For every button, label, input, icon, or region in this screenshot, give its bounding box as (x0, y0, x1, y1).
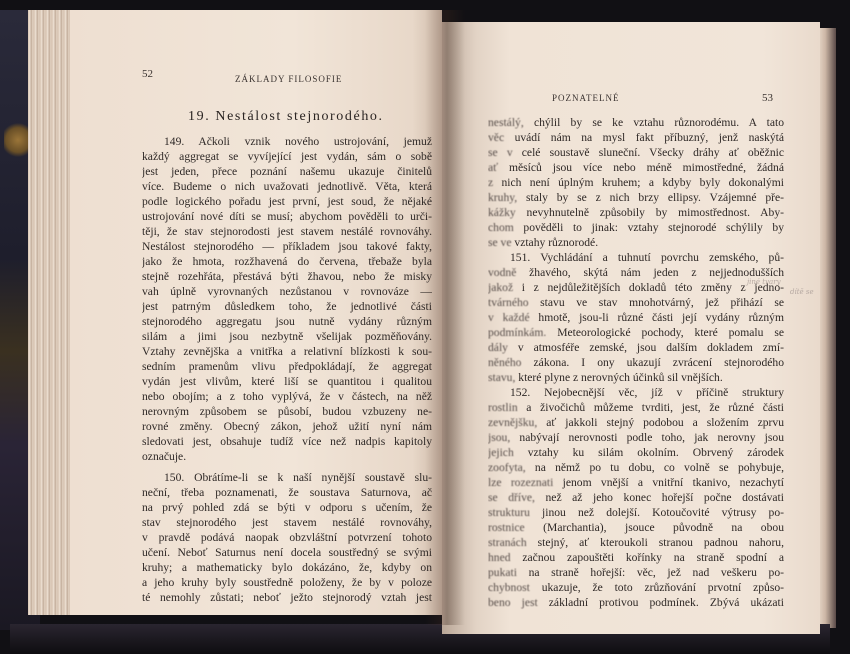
text-line: se dříve, než až jeho konec hořejší počn… (488, 490, 784, 505)
line-text: zákona. I ony ukazují zvrácení stejnorod… (521, 356, 784, 369)
text-line: z nich není úplným kruhem; a kdyby byly … (488, 175, 784, 190)
gutter-blurred-text: nestálý, (488, 116, 524, 129)
line-text: vztahy různorodé. (512, 236, 599, 249)
gutter-blurred-text: se ve (488, 236, 512, 249)
text-line: chybnost ukazuje, že toto zrůzňování prv… (488, 580, 784, 595)
text-line: stranách stejný, ať kteroukoli stranou p… (488, 535, 784, 550)
gutter-blurred-text: ať (488, 161, 498, 174)
gutter-blurred-text: zevnějšku, (488, 416, 537, 429)
text-line: vodně žhavého, skýtá nám jeden z nejjedn… (488, 265, 784, 280)
gutter-blurred-text: rostnice (488, 521, 525, 534)
text-line: kážky nevyhnutelně způsobily by mimostře… (488, 205, 784, 220)
running-head-right: POZNATELNÉ (552, 93, 620, 103)
text-line: 152. Nejobecnější věc, jíž v příčině str… (488, 385, 784, 400)
text-line: 150. Obrátíme-li se k naší nynější soust… (142, 470, 432, 485)
text-line: ustrojování nové díti se musí; abychom p… (142, 209, 432, 224)
line-text: ukazuje, že toto zrůzňování prvotní způs… (530, 581, 784, 594)
text-line: na prvý pohled zdá se býti v odporu s uč… (142, 500, 432, 515)
line-text: než až jeho konec hořejší počne dostávat… (535, 491, 784, 504)
line-text: ať jakkoli stejný podobou a složením zpr… (537, 416, 784, 429)
page-number-left: 52 (142, 68, 153, 80)
text-line: jsou, nabývají nerovnosti podle toho, ja… (488, 430, 784, 445)
text-line: ať měsíců jsou více nebo méně mimostředn… (488, 160, 784, 175)
gutter-blurred-text: strukturu (488, 506, 530, 519)
running-head-left: ZÁKLADY FILOSOFIE (235, 74, 342, 84)
text-line: rostnice (Marchantia), jsouce původně na… (488, 520, 784, 535)
line-text: nabývají nerovnosti podle toho, jak nero… (510, 431, 784, 444)
text-line: vah úplně vyrovnaných nezůstanou v rovno… (142, 284, 432, 299)
gutter-blurred-text: dály (488, 341, 508, 354)
gutter-blurred-text: chom (488, 221, 514, 234)
line-text: začnou zapouštěti kořínky na straně spod… (511, 551, 784, 564)
text-line: něného zákona. I ony ukazují zvrácení st… (488, 355, 784, 370)
section-title: 19. Nestálost stejnorodého. (188, 109, 384, 125)
gutter-blurred-text: v každé (488, 311, 530, 324)
gutter-blurred-text: stavu, (488, 371, 515, 384)
line-text: celé soustavě sluneční. Všecky dráhy ať … (513, 146, 784, 159)
line-text: vztahy ku silám okolním. Obrvený zárodek (514, 446, 784, 459)
page-edges-left (28, 10, 71, 615)
text-line: zoofyta, na němž po tu dobu, co volně se… (488, 460, 784, 475)
text-line: stavu, které plyne z nerovných účinků si… (488, 370, 784, 385)
line-text: 151. Vychládání a tuhnutí povrchu zemské… (510, 251, 784, 264)
gutter-blurred-text: jejich (488, 446, 514, 459)
gutter-blurred-text: beno jest (488, 596, 538, 609)
text-line: zevnějšku, ať jakkoli stejný podobou a s… (488, 415, 784, 430)
line-text: (Marchantia), jsouce původně na obou (525, 521, 784, 534)
text-line: rostlin a živočichů můžeme tvrditi, jest… (488, 400, 784, 415)
line-text: v atmosféře zemské, jsou dalším dokladem… (508, 341, 784, 354)
text-line: beno jest základní protivou podmínek. Zb… (488, 595, 784, 610)
line-text: 152. Nejobecnější věc, jíž v příčině str… (510, 386, 784, 399)
line-text: hmotě, jsou-li různé části její vydány r… (530, 311, 784, 324)
line-text: základní protivou podmínek. Zbývá ukázat… (538, 596, 784, 609)
gutter-blurred-text: tvárného (488, 296, 529, 309)
line-text: i z nejdůležitějších dokladů této změny … (513, 281, 784, 294)
text-line: sledovati jest, obsahuje tudíž více než … (142, 434, 432, 449)
gutter-blurred-text: vodně (488, 266, 516, 279)
book-gutter (425, 10, 465, 625)
text-line: v každé hmotě, jsou-li různé části její … (488, 310, 784, 325)
gutter-blurred-text: se v (488, 146, 513, 159)
line-text: pověděli to jinak: vztahy stejnorodé sch… (514, 221, 784, 234)
text-line: tvárného stavu ve stav mnohotvárný, jež … (488, 295, 784, 310)
line-text: na straně hořejší: věc, jež nad veškeru … (517, 566, 784, 579)
text-line: podle logického pořadu jest první, jest … (142, 194, 432, 209)
line-text: nevyhnutelně způsobily by mimostřednost.… (516, 206, 784, 219)
text-line: dály v atmosféře zemské, jsou dalším dok… (488, 340, 784, 355)
text-line: neční, třeba poznamenati, že soustava Sa… (142, 485, 432, 500)
text-line: se v celé soustavě sluneční. Všecky dráh… (488, 145, 784, 160)
text-line: těji, že stav stejnorodosti jest stavem … (142, 224, 432, 239)
text-line: rovné změny. Obecný zákon, jehož užití n… (142, 419, 432, 434)
pencil-annotation-2: dítě se (790, 288, 814, 296)
right-body-text: nestálý, chýlil by se ke vztahu různorod… (488, 115, 784, 610)
line-text: a živočichů můžeme tvrditi, jest, že růz… (518, 401, 784, 414)
text-line: jest jeden, přece poznání našemu ukazuje… (142, 164, 432, 179)
gutter-blurred-text: věc (488, 131, 504, 144)
line-text: žhavého, skýtá nám jeden z nejjednodušší… (516, 266, 784, 279)
text-line: lze rozeznati jenom vnější a vnitřní tka… (488, 475, 784, 490)
text-line: a jeho kruhy byly soustředně položeny, ž… (142, 575, 432, 590)
page-edges-right (818, 28, 836, 628)
gutter-blurred-text: podmínkám. (488, 326, 546, 339)
text-line: stejně rozehřáta, přestává býti žhavou, … (142, 269, 432, 284)
gutter-blurred-text: jsou, (488, 431, 510, 444)
text-line: učení. Neboť Saturnus není docela soustř… (142, 545, 432, 560)
text-line: jejich vztahy ku silám okolním. Obrvený … (488, 445, 784, 460)
line-text: uvádí nám na mysl fakt příbuzný, jenž na… (504, 131, 784, 144)
gutter-blurred-text: stranách (488, 536, 527, 549)
gutter-blurred-text: z (488, 176, 493, 189)
gutter-blurred-text: chybnost (488, 581, 530, 594)
left-body-text: 149. Ačkoli vznik nového ustrojování, je… (142, 134, 432, 605)
gutter-blurred-text: lze rozeznati (488, 476, 553, 489)
text-line: kruhy, staly by se z nich brzy ellipsy. … (488, 190, 784, 205)
line-text: staly by se z nich brzy ellipsy. Vzájemn… (517, 191, 784, 204)
text-line: Nestálost stejnorodého — příkladem jsou … (142, 239, 432, 254)
gutter-blurred-text: jakož (488, 281, 513, 294)
text-line: v pravdě podává naopak obzvláštní potvrz… (142, 530, 432, 545)
gutter-blurred-text: kážky (488, 206, 516, 219)
line-text: měsíců jsou více nebo méně mimostředné, … (498, 161, 784, 174)
text-line: sedním pramenům vlivu předpokládají, že … (142, 359, 432, 374)
text-line: jako že hmota, rozžhavená do červena, tř… (142, 254, 432, 269)
gutter-blurred-text: něného (488, 356, 521, 369)
text-line: chom pověděli to jinak: vztahy stejnorod… (488, 220, 784, 235)
gutter-blurred-text: kruhy, (488, 191, 517, 204)
line-text: chýlil by se ke vztahu různorodému. A ta… (524, 116, 784, 129)
line-text: jinou než dolejší. Kotoučovité výtrusy p… (530, 506, 784, 519)
text-line: nerovným způsobem se působí, budou vzbuz… (142, 404, 432, 419)
line-text: nich není úplným kruhem; a kdyby byly do… (493, 176, 784, 189)
text-line: označuje. (142, 449, 432, 464)
text-line: kruhy; a mathematicky bylo dokázáno, že,… (142, 560, 432, 575)
right-page: POZNATELNÉ 53 nestálý, chýlil by se ke v… (442, 22, 820, 634)
page-number-right: 53 (762, 92, 773, 104)
text-line: stejnorodého aggregatu jsou nutně vydány… (142, 314, 432, 329)
text-line: pukati na straně hořejší: věc, jež nad v… (488, 565, 784, 580)
text-line: každý aggregat se vyvíjející jest vydán,… (142, 149, 432, 164)
gutter-blurred-text: rostlin (488, 401, 518, 414)
gutter-blurred-text: se dříve, (488, 491, 535, 504)
gutter-blurred-text: zoofyta, (488, 461, 526, 474)
text-line: jakož i z nejdůležitějších dokladů této … (488, 280, 784, 295)
text-line: hned začnou zapouštěti kořínky na straně… (488, 550, 784, 565)
text-line: podmínkám. Meteorologické pochody, které… (488, 325, 784, 340)
text-line: jest patrným důsledkem toho, že jednotli… (142, 299, 432, 314)
text-line: Vztahy zevnějška a vnitřka a relativní b… (142, 344, 432, 359)
line-text: na němž po tu dobu, co volně se pohybuje… (526, 461, 784, 474)
text-line: nebo obojím; a z toho vyplývá, že v část… (142, 389, 432, 404)
line-text: stejný, ať kteroukoli stranou padnou nah… (527, 536, 784, 549)
text-line: věc uvádí nám na mysl fakt příbuzný, jen… (488, 130, 784, 145)
text-line: nestálý, chýlil by se ke vztahu různorod… (488, 115, 784, 130)
text-line: stav stejnorodého jest stavem nestálé ro… (142, 515, 432, 530)
text-line: silám a jimi jsou nezbytně všelijak pozm… (142, 329, 432, 344)
text-line: více. Budeme o nich uvažovati jednotlivě… (142, 179, 432, 194)
text-line: strukturu jinou než dolejší. Kotoučovité… (488, 505, 784, 520)
text-line: 149. Ačkoli vznik nového ustrojování, je… (142, 134, 432, 149)
text-line: se ve vztahy různorodé. (488, 235, 784, 250)
text-line: 151. Vychládání a tuhnutí povrchu zemské… (488, 250, 784, 265)
line-text: které plyne z nerovných účinků sil vnějš… (515, 371, 722, 384)
text-line: té nemohly zůstati; neboť ježto stejnoro… (142, 590, 432, 605)
text-line: vydán jest vlivům, které liší se quantit… (142, 374, 432, 389)
line-text: jenom vnější a vnitřní tkanivo, nezachyt… (553, 476, 784, 489)
line-text: stavu ve stav mnohotvárný, jež přihází s… (529, 296, 784, 309)
gutter-blurred-text: pukati (488, 566, 517, 579)
gutter-blurred-text: hned (488, 551, 511, 564)
pencil-annotation-1: jiné tvary (747, 278, 781, 286)
left-page: 52 ZÁKLADY FILOSOFIE 19. Nestálost stejn… (70, 10, 442, 615)
line-text: Meteorologické pochody, které pomalu se (546, 326, 784, 339)
